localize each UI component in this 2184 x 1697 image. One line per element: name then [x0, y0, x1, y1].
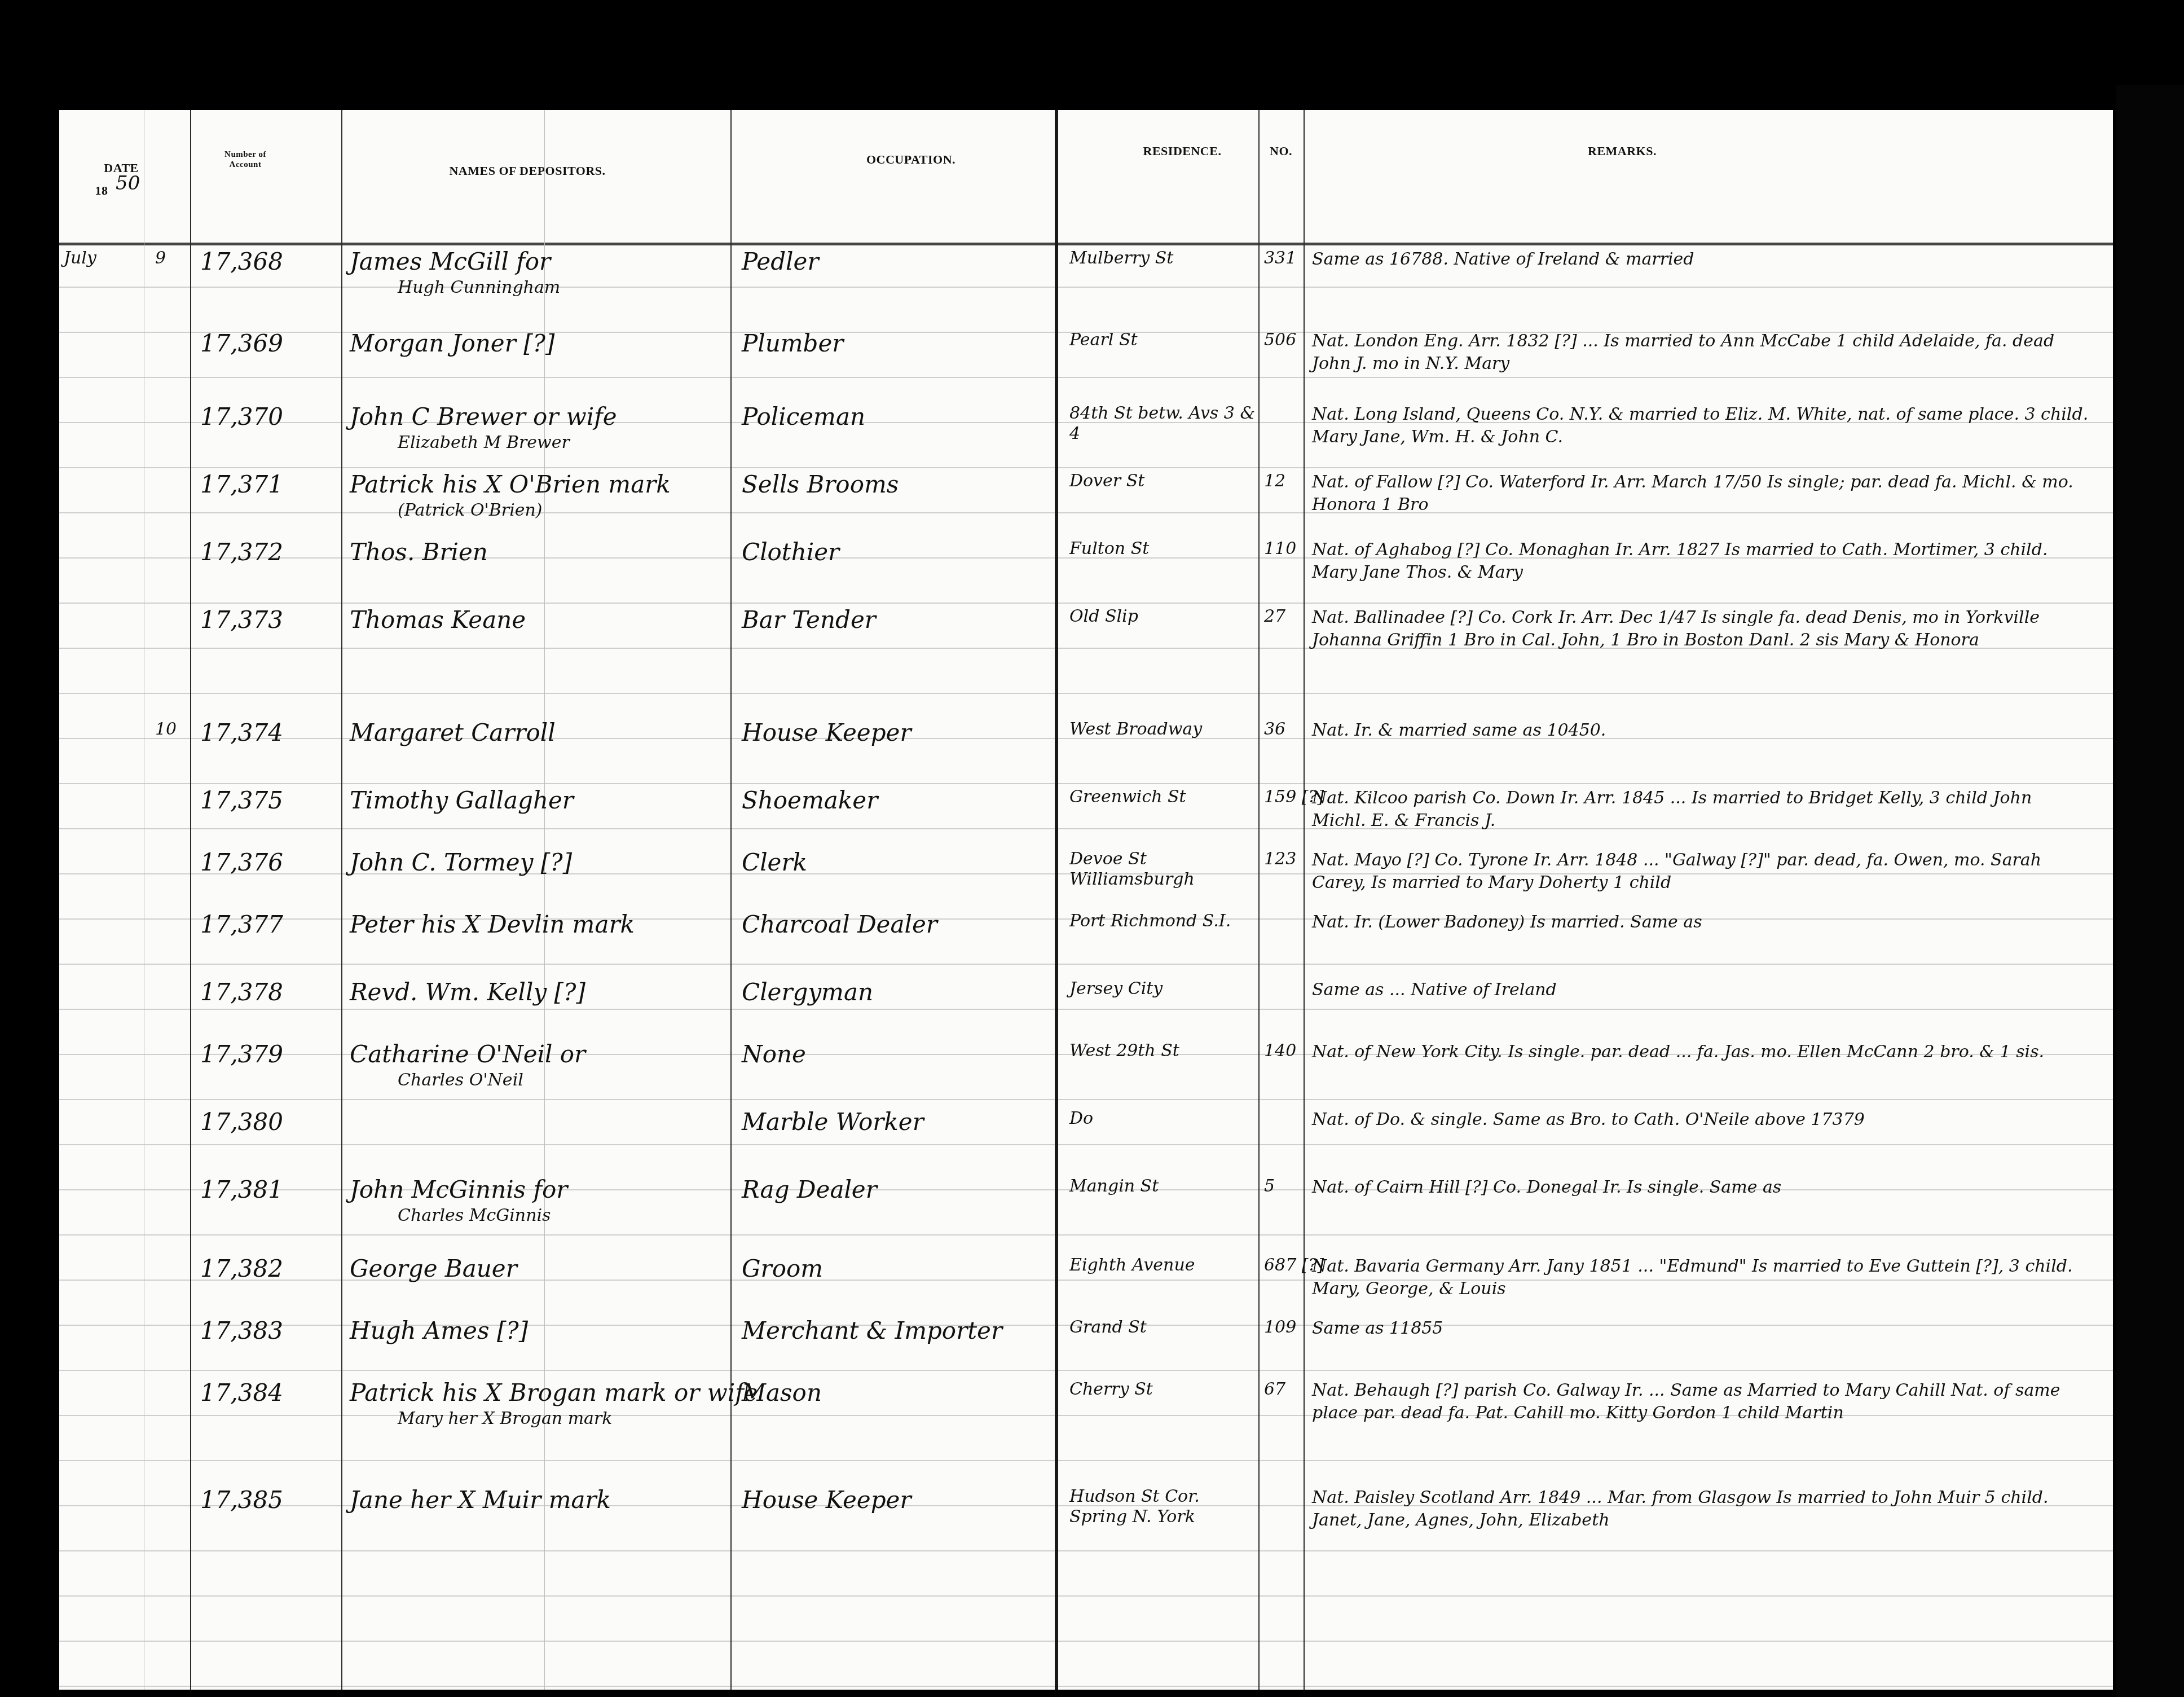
entry-residence: Port Richmond S.I.	[1069, 911, 1256, 931]
entry-residence: Do	[1069, 1109, 1256, 1129]
entry-occupation: Policeman	[742, 403, 865, 430]
entry-remarks: Nat. of Fallow [?] Co. Waterford Ir. Arr…	[1312, 471, 2090, 516]
entry-street-number: 67	[1264, 1379, 1285, 1400]
entry-occupation: None	[742, 1041, 806, 1068]
entry-account-number: 17,368	[200, 248, 283, 275]
number-divider-line	[1304, 110, 1305, 1690]
entry-depositor-name: Revd. Wm. Kelly [?]	[350, 979, 585, 1006]
entry-depositor-name: Patrick his X Brogan mark or wife	[350, 1379, 758, 1406]
entry-depositor-name: John C Brewer or wife	[350, 403, 617, 430]
entry-street-number: 27	[1264, 606, 1285, 627]
entry-depositor-name-line2: Hugh Cunningham	[398, 278, 560, 298]
entry-account-number: 17,385	[200, 1487, 283, 1514]
entry-street-number: 140	[1264, 1041, 1296, 1061]
entry-remarks: Nat. Ir. (Lower Badoney) Is married. Sam…	[1312, 911, 2090, 934]
entry-remarks: Nat. Behaugh [?] parish Co. Galway Ir. .…	[1312, 1379, 2090, 1425]
entry-account-number: 17,373	[200, 606, 283, 634]
entry-remarks: Nat. Bavaria Germany Arr. Jany 1851 ... …	[1312, 1255, 2090, 1300]
entry-residence: Fulton St	[1069, 539, 1256, 559]
left-page-header: DATE 18 50 Number of Account NAMES OF DE…	[59, 110, 1055, 245]
entry-remarks: Nat. Ballinadee [?] Co. Cork Ir. Arr. De…	[1312, 606, 2090, 652]
entry-account-number: 17,384	[200, 1379, 283, 1406]
entry-residence: 84th St betw. Avs 3 & 4	[1069, 403, 1256, 444]
entry-residence: Hudson St Cor. Spring N. York	[1069, 1487, 1256, 1527]
entry-occupation: Sells Brooms	[742, 471, 899, 498]
entry-street-number: 331	[1264, 248, 1296, 269]
entry-residence: Grand St	[1069, 1317, 1256, 1338]
occupation-divider-line	[730, 110, 732, 1690]
entry-residence: West 29th St	[1069, 1041, 1256, 1061]
entry-remarks: Nat. of Do. & single. Same as Bro. to Ca…	[1312, 1109, 2090, 1131]
entry-street-number: 109	[1264, 1317, 1296, 1338]
entry-depositor-name: Thomas Keane	[350, 606, 526, 634]
left-ruled-lines	[59, 243, 1055, 1690]
entry-depositor-name: Morgan Joner [?]	[350, 330, 554, 357]
date-year-handwritten: 50	[116, 172, 140, 195]
right-page-header: RESIDENCE. No. REMARKS.	[1058, 110, 2113, 245]
entry-account-number: 17,370	[200, 403, 283, 430]
entry-occupation: Bar Tender	[742, 606, 876, 634]
date-divider-line	[144, 110, 144, 1690]
entry-occupation: Groom	[742, 1255, 823, 1282]
names-divider-line	[341, 110, 342, 1690]
entry-depositor-name: Peter his X Devlin mark	[350, 911, 635, 938]
entry-account-number: 17,374	[200, 719, 283, 746]
entry-depositor-name: Timothy Gallagher	[350, 787, 574, 814]
entry-residence: Cherry St	[1069, 1379, 1256, 1400]
entry-residence: Jersey City	[1069, 979, 1256, 999]
names-of-depositors-header: NAMES OF DEPOSITORS.	[353, 164, 702, 178]
entry-depositor-name-line2: Charles O'Neil	[398, 1070, 523, 1091]
entry-residence: Mangin St	[1069, 1176, 1256, 1197]
entry-remarks: Nat. of Aghabog [?] Co. Monaghan Ir. Arr…	[1312, 539, 2090, 584]
entry-street-number: 123	[1264, 849, 1296, 869]
account-number-header: Number of Account	[217, 150, 274, 170]
entry-account-number: 17,369	[200, 330, 283, 357]
entry-occupation: Marble Worker	[742, 1109, 924, 1136]
entry-residence: Mulberry St	[1069, 248, 1256, 269]
residence-divider-line	[1258, 110, 1260, 1690]
book-binding-edge	[2116, 85, 2184, 1697]
entry-depositor-name-line2: Elizabeth M Brewer	[398, 433, 570, 453]
entry-occupation: Rag Dealer	[742, 1176, 877, 1203]
right-ruled-lines	[1058, 243, 2113, 1690]
entry-day: 9	[155, 248, 166, 269]
entry-depositor-name: Hugh Ames [?]	[350, 1317, 528, 1344]
account-divider-line	[190, 110, 191, 1690]
entry-street-number: 12	[1264, 471, 1285, 491]
entry-street-number: 36	[1264, 719, 1285, 740]
entry-residence: Eighth Avenue	[1069, 1255, 1256, 1276]
entry-residence: Dover St	[1069, 471, 1256, 491]
entry-account-number: 17,377	[200, 911, 283, 938]
entry-depositor-name-line2: (Patrick O'Brien)	[398, 500, 543, 521]
entry-account-number: 17,376	[200, 849, 283, 876]
entry-account-number: 17,378	[200, 979, 283, 1006]
entry-depositor-name-line2: Mary her X Brogan mark	[398, 1409, 613, 1429]
entry-account-number: 17,383	[200, 1317, 283, 1344]
entry-occupation: House Keeper	[742, 719, 912, 746]
entry-account-number: 17,381	[200, 1176, 283, 1203]
entry-remarks: Same as 16788. Native of Ireland & marri…	[1312, 248, 2090, 271]
entry-remarks: Nat. of New York City. Is single. par. d…	[1312, 1041, 2090, 1063]
entry-depositor-name: John McGinnis for	[350, 1176, 567, 1203]
entry-occupation: Pedler	[742, 248, 818, 275]
occupation-header: OCCUPATION.	[826, 152, 996, 167]
entry-depositor-name: John C. Tormey [?]	[350, 849, 572, 876]
entry-residence: Devoe St Williamsburgh	[1069, 849, 1256, 890]
entry-depositor-name: Thos. Brien	[350, 539, 488, 566]
entry-occupation: House Keeper	[742, 1487, 912, 1514]
entry-occupation: Clerk	[742, 849, 807, 876]
entry-depositor-name-line2: Charles McGinnis	[398, 1206, 551, 1226]
entry-residence: Pearl St	[1069, 330, 1256, 350]
entry-depositor-name: Margaret Carroll	[350, 719, 556, 746]
entry-residence: Old Slip	[1069, 606, 1256, 627]
entry-remarks: Nat. Ir. & married same as 10450.	[1312, 719, 2090, 742]
entry-remarks: Nat. Paisley Scotland Arr. 1849 ... Mar.…	[1312, 1487, 2090, 1532]
right-page: RESIDENCE. No. REMARKS. Mulberry St331Sa…	[1058, 110, 2113, 1690]
entry-account-number: 17,382	[200, 1255, 283, 1282]
entry-month: July	[64, 248, 96, 269]
entry-occupation: Plumber	[742, 330, 843, 357]
entry-street-number: 110	[1264, 539, 1296, 559]
entry-account-number: 17,371	[200, 471, 283, 498]
entry-occupation: Merchant & Importer	[742, 1317, 1002, 1344]
entry-occupation: Clergyman	[742, 979, 873, 1006]
entry-residence: West Broadway	[1069, 719, 1256, 740]
left-page: DATE 18 50 Number of Account NAMES OF DE…	[59, 110, 1058, 1690]
entry-remarks: Nat. Long Island, Queens Co. N.Y. & marr…	[1312, 403, 2090, 449]
entry-depositor-name: Catharine O'Neil or	[350, 1041, 585, 1068]
entry-occupation: Clothier	[742, 539, 839, 566]
entry-remarks: Nat. of Cairn Hill [?] Co. Donegal Ir. I…	[1312, 1176, 2090, 1199]
entry-account-number: 17,372	[200, 539, 283, 566]
entry-depositor-name: George Bauer	[350, 1255, 517, 1282]
entry-residence: Greenwich St	[1069, 787, 1256, 807]
entry-day: 10	[155, 719, 177, 740]
entry-occupation: Shoemaker	[742, 787, 878, 814]
residence-header: RESIDENCE.	[1126, 144, 1239, 159]
number-header: No.	[1267, 144, 1295, 159]
entry-remarks: Nat. London Eng. Arr. 1832 [?] ... Is ma…	[1312, 330, 2090, 375]
entry-occupation: Mason	[742, 1379, 822, 1406]
entry-remarks: Same as ... Native of Ireland	[1312, 979, 2090, 1001]
entry-remarks: Same as 11855	[1312, 1317, 2090, 1340]
remarks-header: REMARKS.	[1566, 144, 1679, 159]
entry-street-number: 506	[1264, 330, 1296, 350]
entry-remarks: Nat. Mayo [?] Co. Tyrone Ir. Arr. 1848 .…	[1312, 849, 2090, 894]
entry-remarks: Nat. Kilcoo parish Co. Down Ir. Arr. 184…	[1312, 787, 2090, 832]
entry-depositor-name: James McGill for	[350, 248, 551, 275]
entry-street-number: 5	[1264, 1176, 1275, 1197]
entry-occupation: Charcoal Dealer	[742, 911, 937, 938]
entry-account-number: 17,379	[200, 1041, 283, 1068]
entry-account-number: 17,375	[200, 787, 283, 814]
entry-depositor-name: Patrick his X O'Brien mark	[350, 471, 671, 498]
entry-depositor-name: Jane her X Muir mark	[350, 1487, 611, 1514]
entry-account-number: 17,380	[200, 1109, 283, 1136]
